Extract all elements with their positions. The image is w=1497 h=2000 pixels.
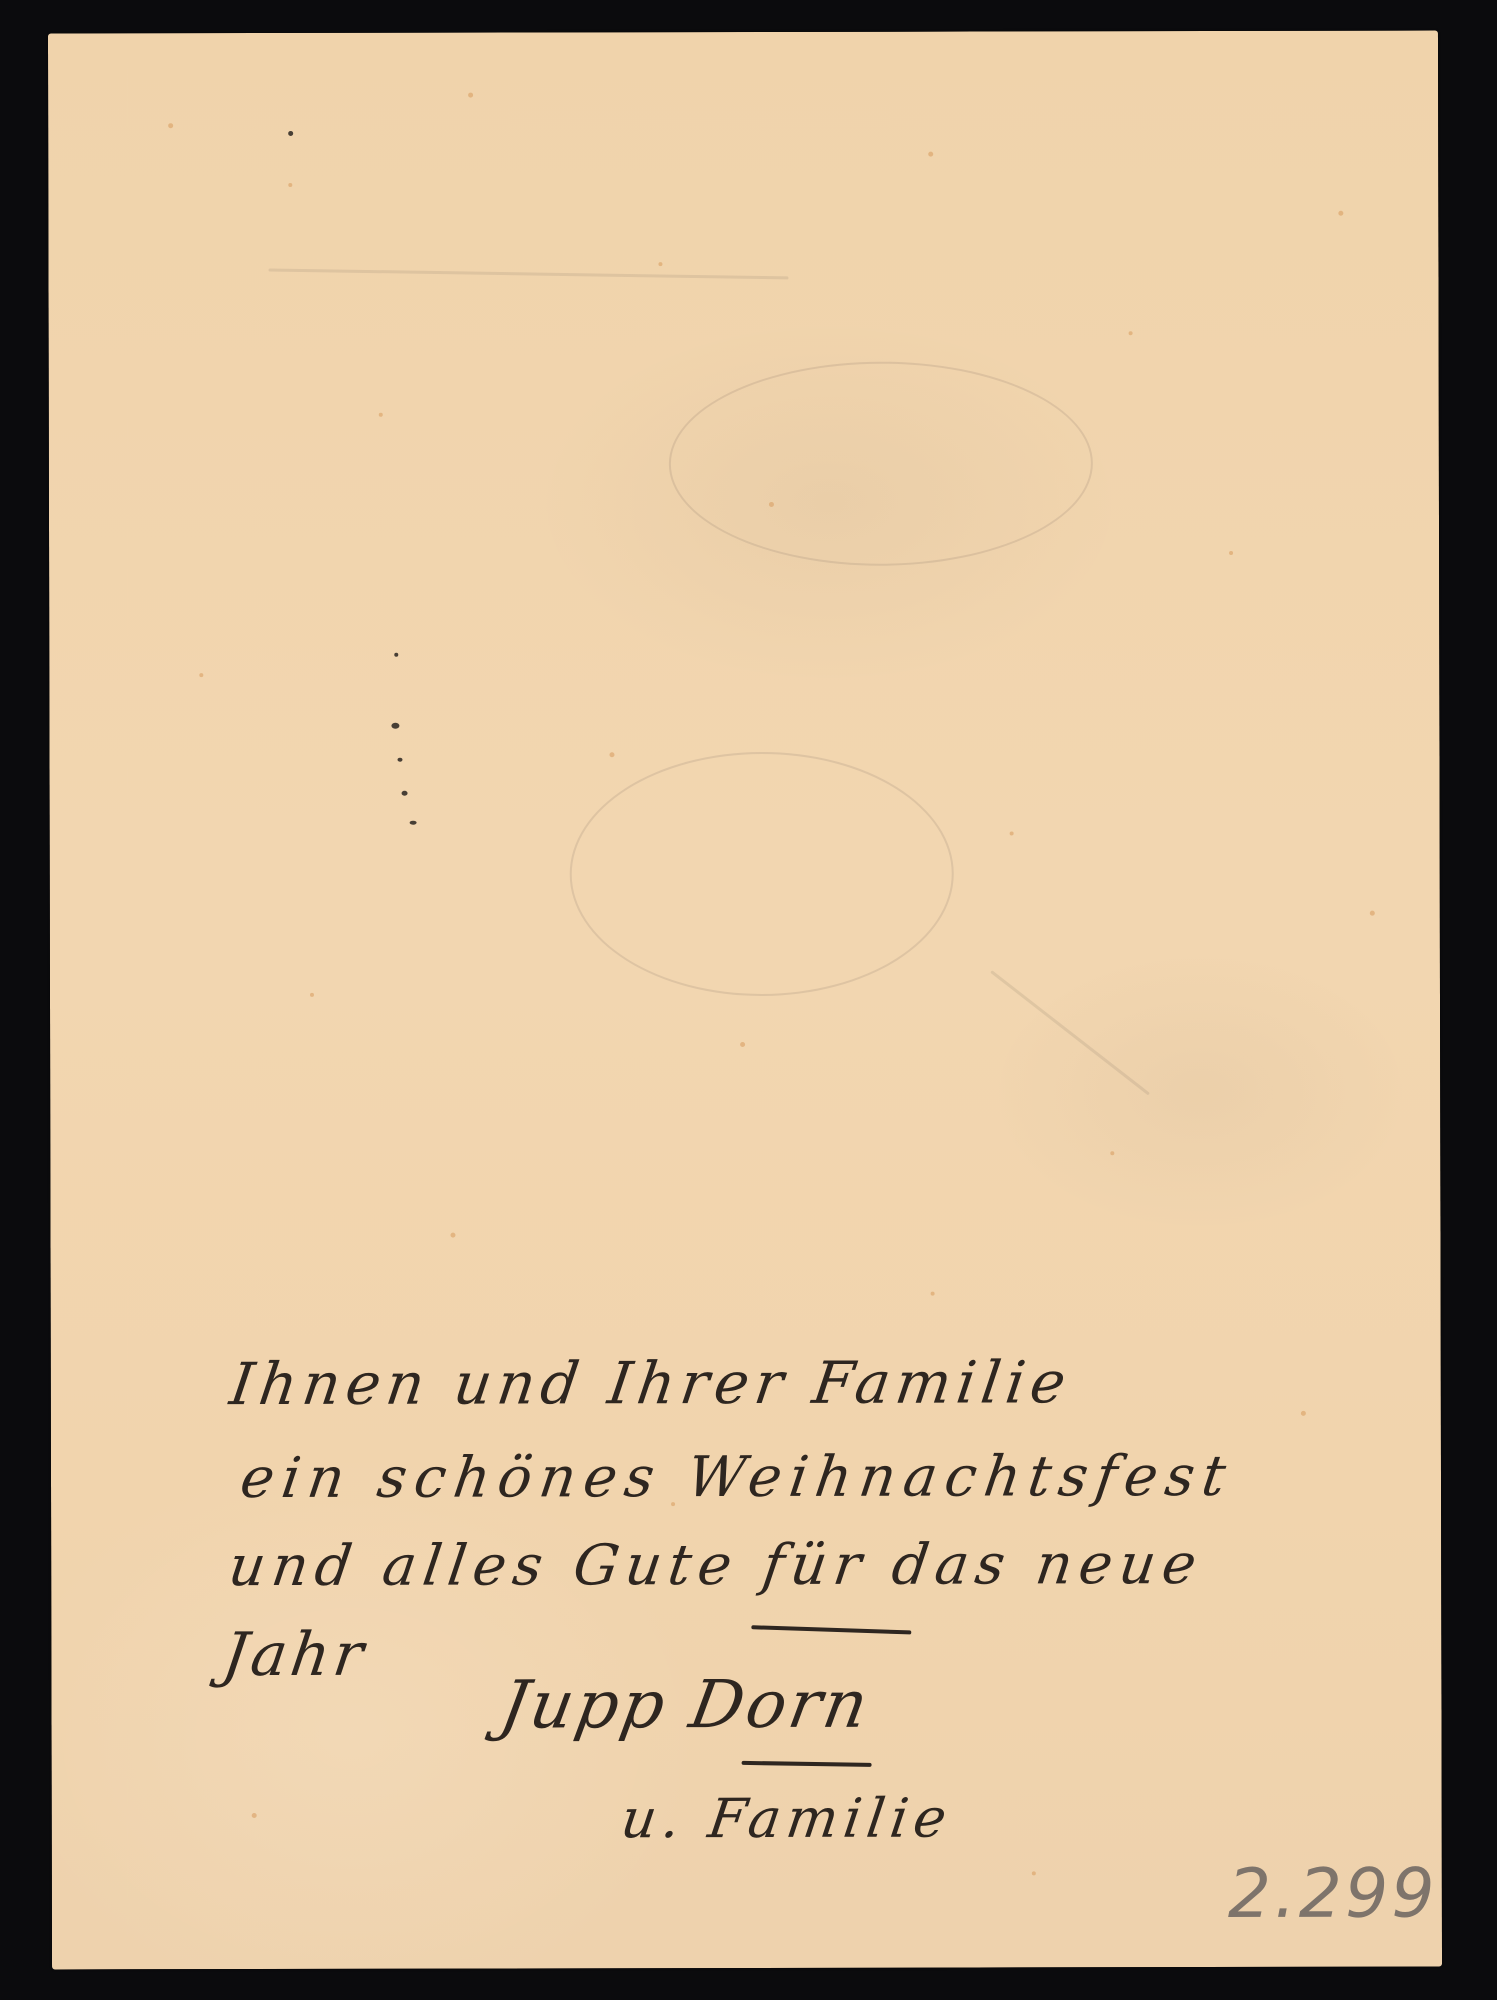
message-line-4: Jahr: [219, 1625, 370, 1685]
archive-number: 2.299: [1228, 1855, 1438, 1934]
ink-speck: [394, 653, 398, 657]
foxing-speck: [168, 123, 173, 128]
foxing-speck: [1010, 831, 1014, 835]
foxing-speck: [1110, 1151, 1114, 1155]
foxing-speck: [1032, 1871, 1036, 1875]
signature-suffix: u. Familie: [618, 1792, 956, 1847]
foxing-speck: [609, 752, 614, 757]
foxing-speck: [740, 1042, 745, 1047]
ink-speck: [397, 758, 402, 762]
signature: Jupp Dorn: [496, 1672, 876, 1739]
foxing-speck: [379, 413, 383, 417]
foxing-speck: [199, 673, 203, 677]
foxing-speck: [928, 152, 933, 157]
foxing-speck: [252, 1813, 257, 1818]
ink-speck: [410, 821, 417, 825]
foxing-speck: [1370, 911, 1375, 916]
foxing-speck: [658, 262, 662, 266]
foxing-speck: [288, 183, 292, 187]
foxing-speck: [931, 1292, 935, 1296]
signature-flourish: [742, 1761, 872, 1767]
foxing-speck: [1301, 1411, 1306, 1416]
message-line-1: Ihnen und Ihrer Familie: [227, 1353, 1075, 1413]
message-line-2: ein schönes Weihnachtsfest: [237, 1449, 1237, 1507]
foxing-speck: [1129, 331, 1133, 335]
ink-speck: [402, 791, 408, 796]
signature-flourish: [751, 1625, 911, 1634]
bleed-through-mark: [569, 752, 954, 997]
foxing-speck: [1338, 211, 1343, 216]
foxing-speck: [1229, 551, 1233, 555]
ink-speck: [288, 131, 293, 136]
bleed-through-mark: [669, 361, 1093, 566]
foxing-speck: [450, 1233, 455, 1238]
bleed-through-mark: [990, 970, 1150, 1095]
message-line-3: und alles Gute für das neue: [225, 1537, 1206, 1595]
greeting-card: Ihnen und Ihrer Familie ein schönes Weih…: [48, 31, 1442, 1970]
ink-speck: [391, 723, 399, 729]
foxing-speck: [468, 93, 473, 98]
foxing-speck: [310, 993, 314, 997]
bleed-through-mark: [268, 268, 788, 279]
